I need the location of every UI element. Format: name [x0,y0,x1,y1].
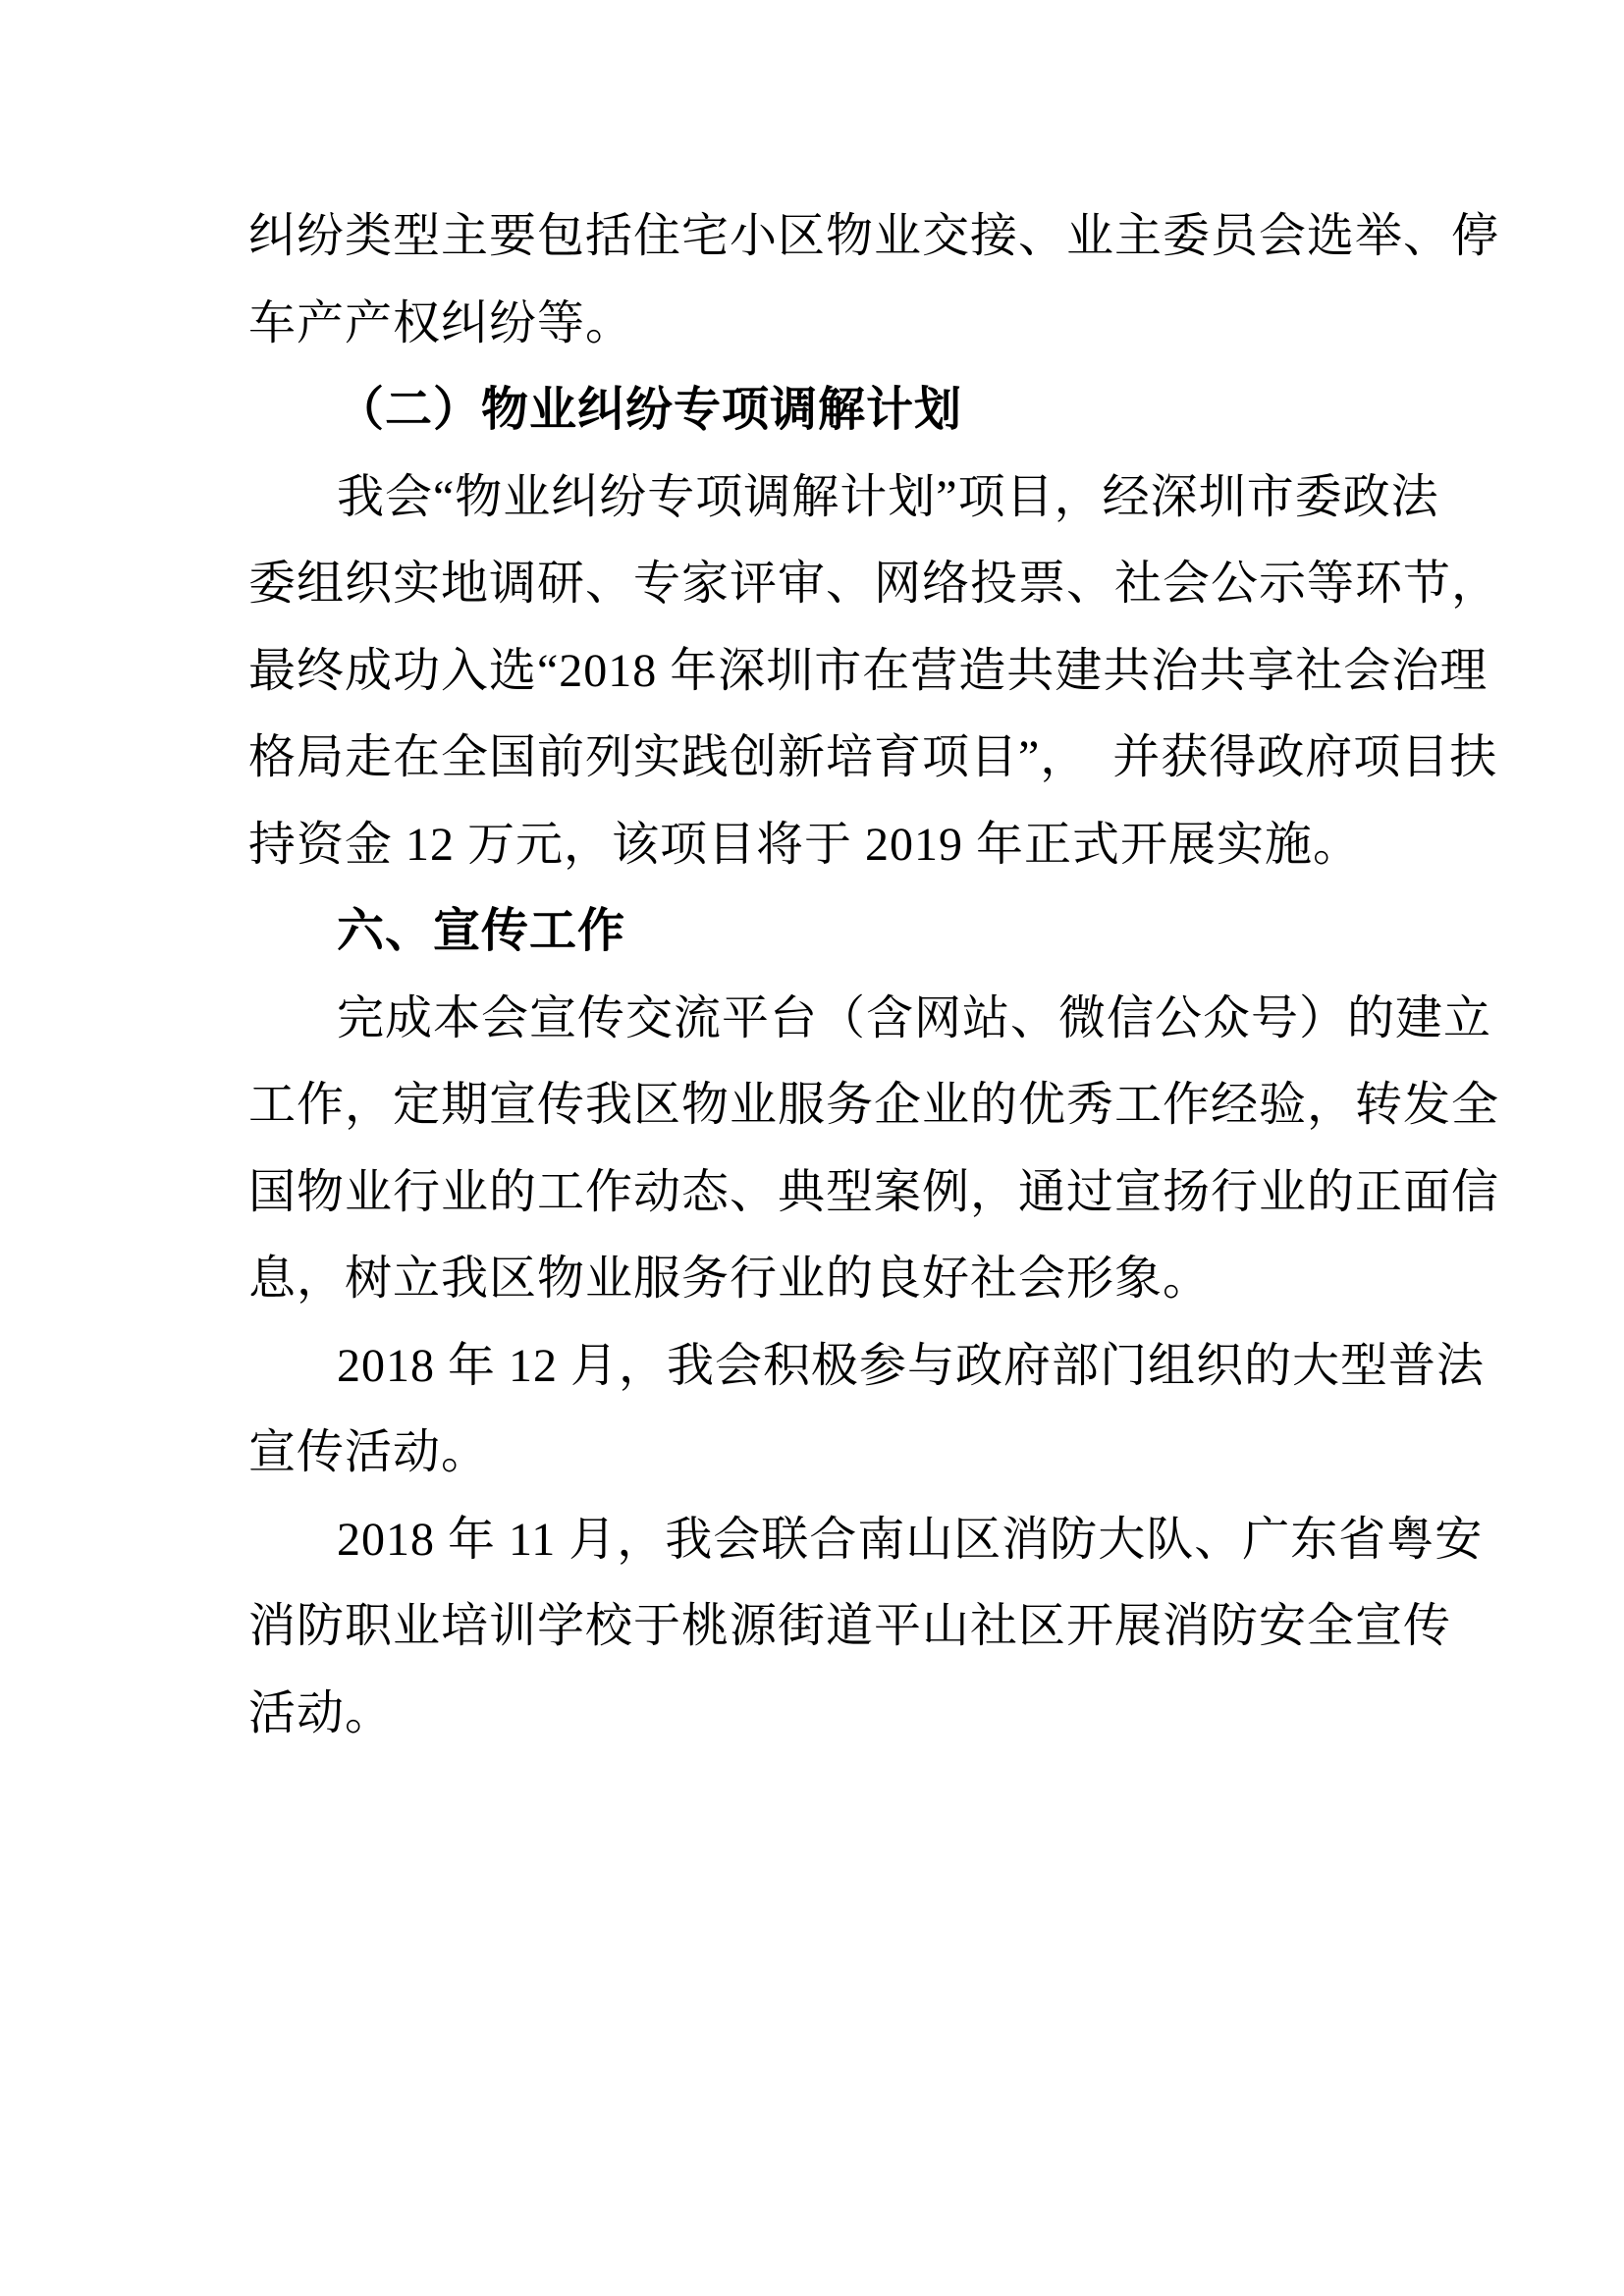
body-text-line: 车产产权纠纷等。 [248,281,1423,368]
document-page: 纠纷类型主要包括住宅小区物业交接、业主委员会选举、停 车产产权纠纷等。 （二）物… [0,0,1624,2296]
body-text-line: 持资金 12 万元，该项目将于 2019 年正式开展实施。 [248,802,1423,889]
body-text-line: 我会“物业纠纷专项调解计划”项目，经深圳市委政法 [248,454,1423,542]
body-text-line: 格局走在全国前列实践创新培育项目”， 并获得政府项目扶 [248,715,1423,802]
body-text-line: 国物业行业的工作动态、典型案例，通过宣扬行业的正面信 [248,1149,1423,1237]
body-text-line: 2018 年 12 月，我会积极参与政府部门组织的大型普法 [248,1323,1423,1411]
body-text-line: 活动。 [248,1671,1423,1758]
body-text-line: 消防职业培训学校于桃源街道平山社区开展消防安全宣传 [248,1583,1423,1671]
body-text-line: 最终成功入选“2018 年深圳市在营造共建共治共享社会治理 [248,628,1423,716]
body-text-line: 2018 年 11 月，我会联合南山区消防大队、广东省粤安 [248,1497,1423,1584]
document-text-block: 纠纷类型主要包括住宅小区物业交接、业主委员会选举、停 车产产权纠纷等。 （二）物… [248,193,1423,1757]
body-text-line: 工作，定期宣传我区物业服务企业的优秀工作经验，转发全 [248,1062,1423,1149]
body-text-line: 委组织实地调研、专家评审、网络投票、社会公示等环节， [248,541,1423,628]
subsection-heading: （二）物业纠纷专项调解计划 [248,367,1423,454]
body-text-line: 纠纷类型主要包括住宅小区物业交接、业主委员会选举、停 [248,193,1423,281]
body-text-line: 宣传活动。 [248,1410,1423,1497]
body-text-line: 息，树立我区物业服务行业的良好社会形象。 [248,1236,1423,1323]
section-heading: 六、宣传工作 [248,888,1423,976]
body-text-line: 完成本会宣传交流平台（含网站、微信公众号）的建立 [248,976,1423,1063]
